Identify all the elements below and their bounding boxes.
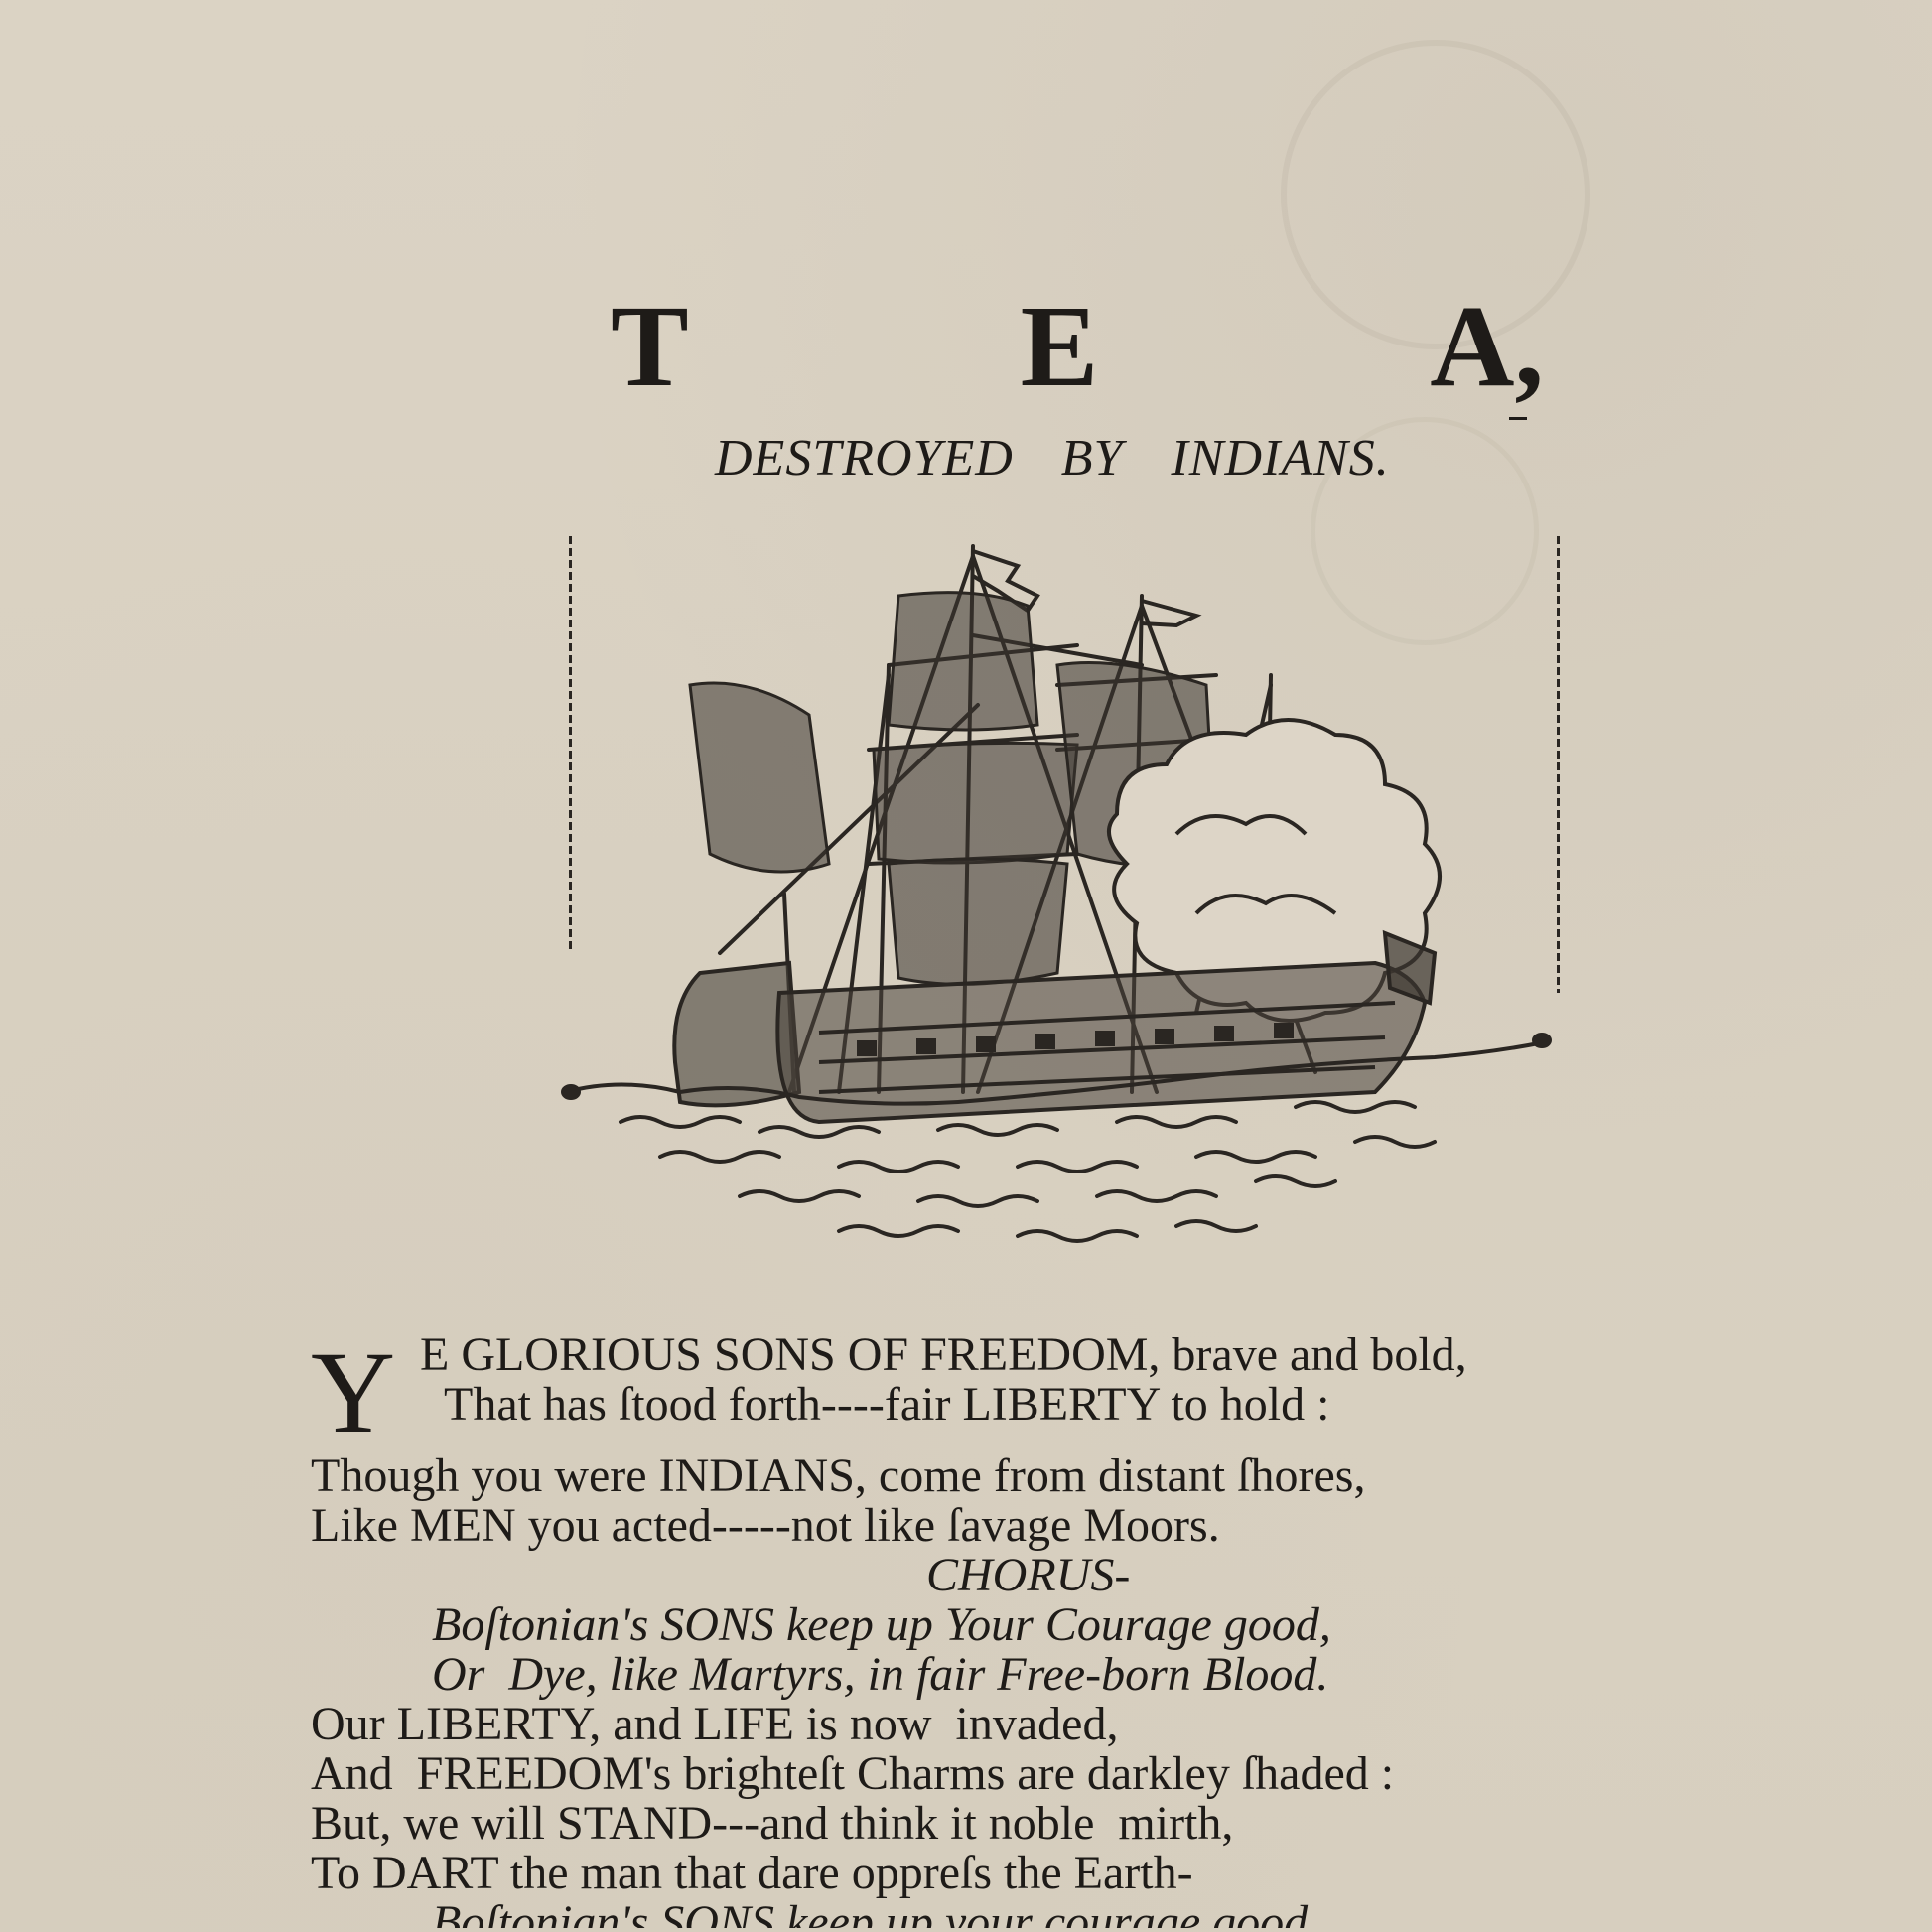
document-subtitle: DESTROYED BY INDIANS. [715, 429, 1390, 487]
poem-line: E GLORIOUS SONS OF FREEDOM, brave and bo… [311, 1330, 1721, 1380]
document-title: T E A, [611, 288, 1544, 405]
frame-rule [569, 536, 572, 953]
poem-body: Y E GLORIOUS SONS OF FREEDOM, brave and … [311, 1330, 1721, 1928]
chorus: Boſtonian's SONS keep up Your Courage go… [311, 1600, 1721, 1700]
title-letter: E [1021, 288, 1099, 405]
subtitle-text: DESTROYED BY INDIANS. [715, 430, 1390, 486]
poem-line: Like MEN you acted-----not like ſavage M… [311, 1501, 1721, 1551]
poem-line-cut-off: Boſtonian's SONS keep up your courage go… [311, 1898, 1721, 1928]
stray-mark [1509, 417, 1527, 420]
drop-cap: Y [311, 1334, 395, 1451]
ship-illustration [561, 536, 1554, 1251]
frame-rule [1557, 536, 1560, 993]
stanza-3: Our LIBERTY, and LIFE is now invaded, An… [311, 1700, 1721, 1898]
poem-line: Though you were INDIANS, come from dista… [311, 1451, 1721, 1501]
poem-line: That has ſtood forth----fair LIBERTY to … [311, 1380, 1721, 1430]
poem-line: And FREEDOM's brighteſt Charms are darkl… [311, 1749, 1721, 1799]
stanza-gap [311, 1430, 1721, 1451]
chorus-label: CHORUS- [311, 1551, 1721, 1600]
stanza-2: Though you were INDIANS, come from dista… [311, 1451, 1721, 1551]
stanza-1: Y E GLORIOUS SONS OF FREEDOM, brave and … [311, 1330, 1721, 1430]
poem-line: Our LIBERTY, and LIFE is now invaded, [311, 1700, 1721, 1749]
ship-woodcut-icon [561, 536, 1554, 1251]
poem-line: But, we will STAND---and think it noble … [311, 1799, 1721, 1849]
poem-line: Or Dye, like Martyrs, in fair Free-born … [311, 1650, 1721, 1700]
poem-line: To DART the man that dare oppreſs the Ea… [311, 1849, 1721, 1898]
title-letter: T [611, 288, 689, 405]
title-letter: A, [1430, 288, 1544, 405]
poem-line: Boſtonian's SONS keep up Your Courage go… [311, 1600, 1721, 1650]
